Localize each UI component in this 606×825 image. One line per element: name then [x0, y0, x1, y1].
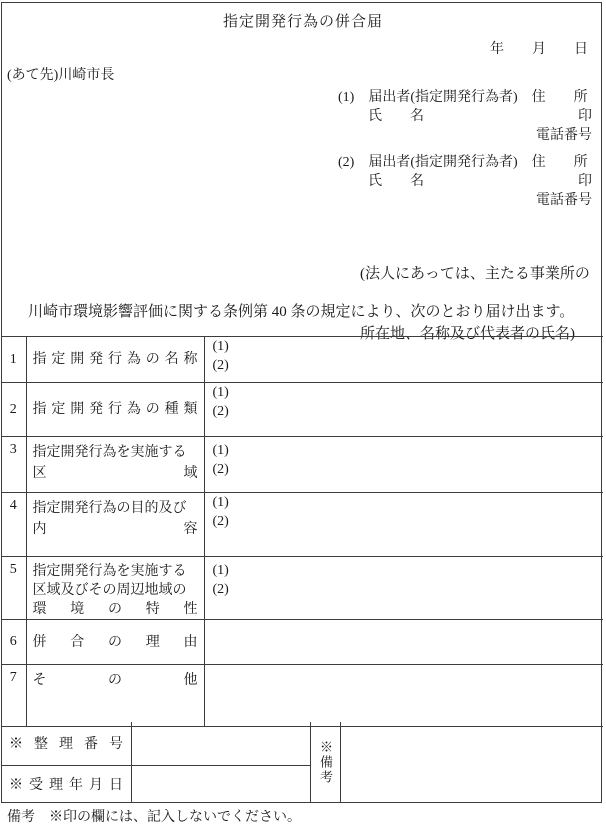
table-row-4: 4 指定開発行為の目的及び 内容 (1) (2) — [1, 493, 603, 557]
remarks-value-cell — [341, 722, 606, 803]
notifier-role-label: 届出者(指定開発行為者) — [368, 153, 517, 172]
name-label: 氏 名 — [368, 107, 424, 126]
office-use-table: ※整理番号 ※備考 ※受理年月日 — [1, 722, 606, 803]
row-label: 併合の理由 — [26, 620, 204, 665]
ref-number-label: ※整理番号 — [1, 722, 132, 765]
remarks-label: ※備考 — [311, 740, 340, 785]
table-row-1: 1 指定開発行為の名称 (1) (2) — [1, 337, 603, 383]
ref-number-row: ※整理番号 ※備考 — [1, 722, 606, 765]
declaration-text: 川崎市環境影響評価に関する条例第 40 条の規定により、次のとおり届け出ます。 — [28, 300, 574, 321]
receipt-date-value-cell — [132, 765, 311, 803]
row-label: 指定開発行為の名称 — [26, 337, 204, 383]
row-value-cell — [204, 620, 603, 665]
row-value-cell: (1) (2) — [204, 493, 603, 557]
form-title: 指定開発行為の併合届 — [0, 10, 606, 31]
seal-label: 印 — [578, 107, 592, 126]
row-number: 7 — [1, 665, 26, 727]
notifier-role-label: 届出者(指定開発行為者) — [368, 88, 517, 107]
form-page: 指定開発行為の併合届 年 月 日 (あて先)川崎市長 (1)届出者(指定開発行為… — [0, 0, 606, 825]
row-label: 指定開発行為を実施する 区域 — [26, 437, 204, 493]
address-label: 住 所 — [532, 153, 588, 172]
name-label: 氏 名 — [368, 172, 424, 191]
row-label: 指定開発行為の種類 — [26, 383, 204, 437]
notifier-number: (2) — [338, 153, 354, 172]
row-number: 5 — [1, 557, 26, 620]
row-value-cell: (1) (2) — [204, 383, 603, 437]
footer-note: 備考 ※印の欄には、記入しないでください。 — [7, 806, 301, 825]
row-label: 指定開発行為の目的及び 内容 — [26, 493, 204, 557]
row-number: 6 — [1, 620, 26, 665]
table-row-5: 5 指定開発行為を実施する 区域及びその周辺地域の 環境の特性 (1) (2) — [1, 557, 603, 620]
addressee: (あて先)川崎市長 — [7, 64, 114, 84]
address-label: 住 所 — [532, 88, 588, 107]
remarks-label-cell: ※備考 — [311, 722, 341, 803]
notifier-block-1: (1)届出者(指定開発行為者)住 所 氏 名印 電話番号 — [338, 88, 592, 145]
notifier-block-2: (2)届出者(指定開発行為者)住 所 氏 名印 電話番号 — [338, 153, 592, 210]
main-table: 1 指定開発行為の名称 (1) (2) 2 指定開発行為の種類 (1) (2) … — [1, 336, 603, 727]
row-value-cell: (1) (2) — [204, 557, 603, 620]
phone-label: 電話番号 — [338, 191, 592, 210]
row-value-cell: (1) (2) — [204, 437, 603, 493]
ref-number-value-cell — [132, 722, 311, 765]
corporate-note-line-1: (法人にあっては、主たる事業所の — [360, 264, 590, 284]
receipt-date-label: ※受理年月日 — [1, 765, 132, 803]
table-row-6: 6 併合の理由 — [1, 620, 603, 665]
row-label: 指定開発行為を実施する 区域及びその周辺地域の 環境の特性 — [26, 557, 204, 620]
table-row-2: 2 指定開発行為の種類 (1) (2) — [1, 383, 603, 437]
row-label: その他 — [26, 665, 204, 727]
row-number: 2 — [1, 383, 26, 437]
date-line: 年 月 日 — [490, 38, 588, 58]
notifier-number: (1) — [338, 88, 354, 107]
row-number: 4 — [1, 493, 26, 557]
seal-label: 印 — [578, 172, 592, 191]
phone-label: 電話番号 — [338, 126, 592, 145]
table-row-7: 7 その他 — [1, 665, 603, 727]
table-row-3: 3 指定開発行為を実施する 区域 (1) (2) — [1, 437, 603, 493]
row-value-cell: (1) (2) — [204, 337, 603, 383]
row-number: 3 — [1, 437, 26, 493]
row-number: 1 — [1, 337, 26, 383]
row-value-cell — [204, 665, 603, 727]
